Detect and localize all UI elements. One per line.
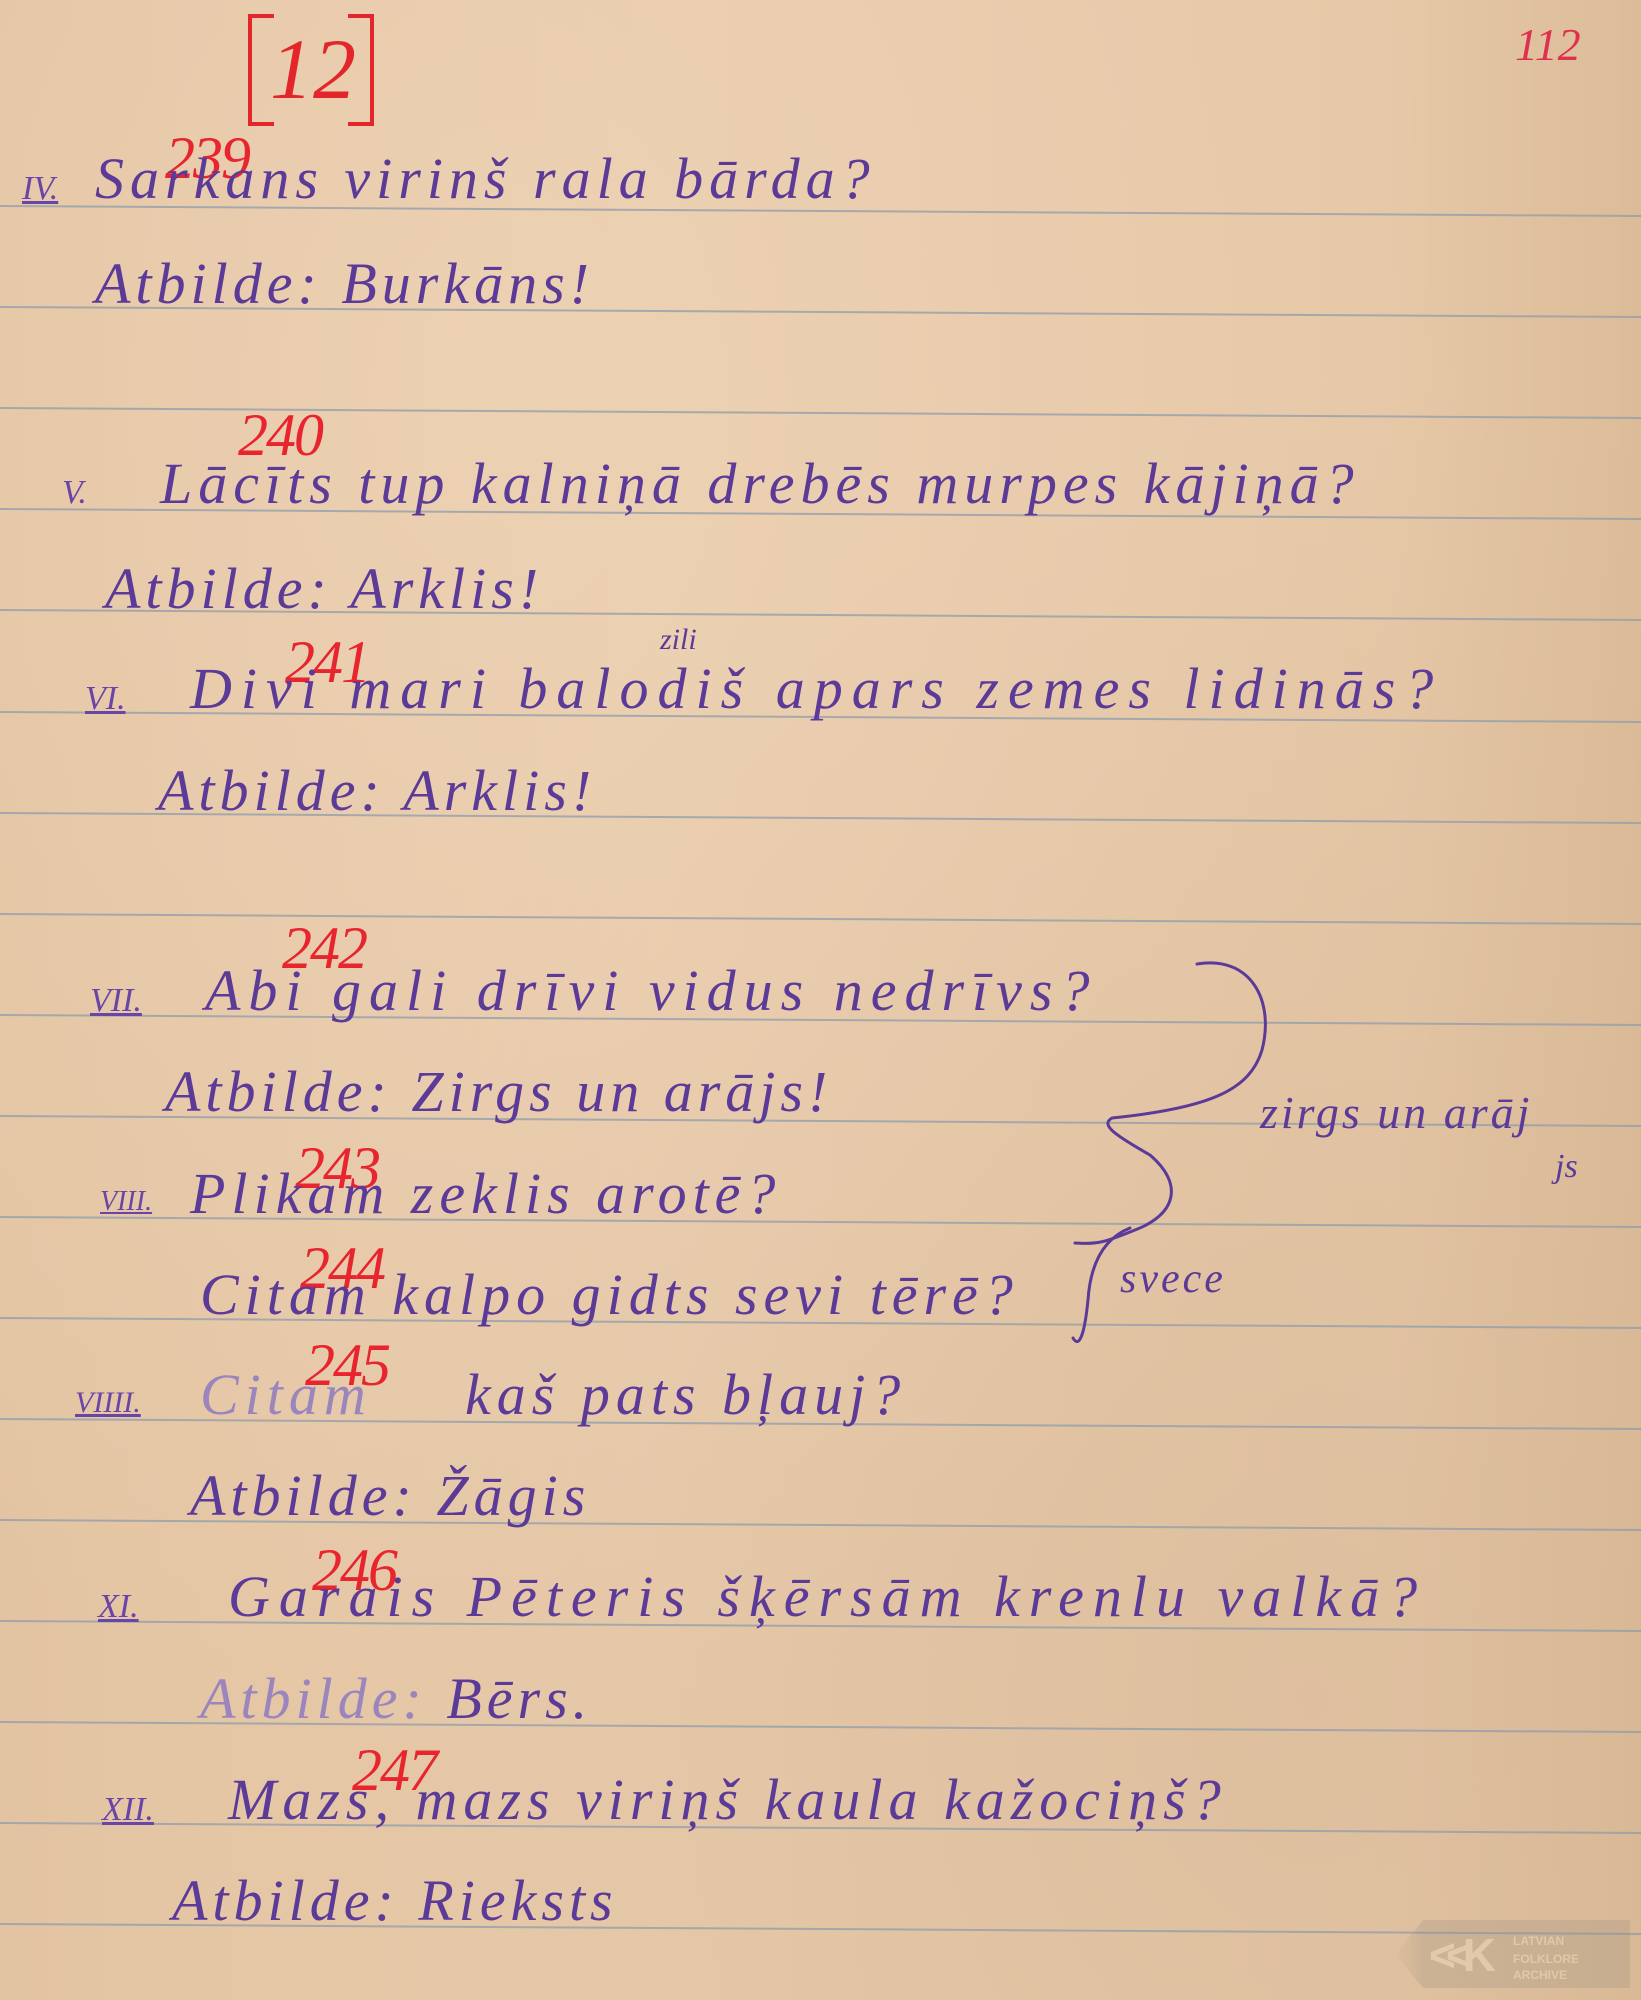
manuscript-page: 12 112 IV. 239 Sarkans virinš rala bārda… [0,0,1641,2000]
margin-note-answer-cont: js [1555,1150,1578,1184]
archive-watermark-logo: <<K LATVIAN FOLKLORE ARCHIVE [1395,1920,1630,1988]
margin-note-answer: zirgs un arāj [1260,1090,1532,1136]
margin-note-answer-2: svece [1120,1258,1226,1300]
watermark-text: FOLKLORE [1513,1952,1579,1966]
archive-logo-icon: <<K [1429,1928,1486,1982]
watermark-text: LATVIAN [1513,1934,1564,1948]
curly-brace-icon [0,0,1641,2000]
watermark-text: ARCHIVE [1513,1968,1567,1982]
